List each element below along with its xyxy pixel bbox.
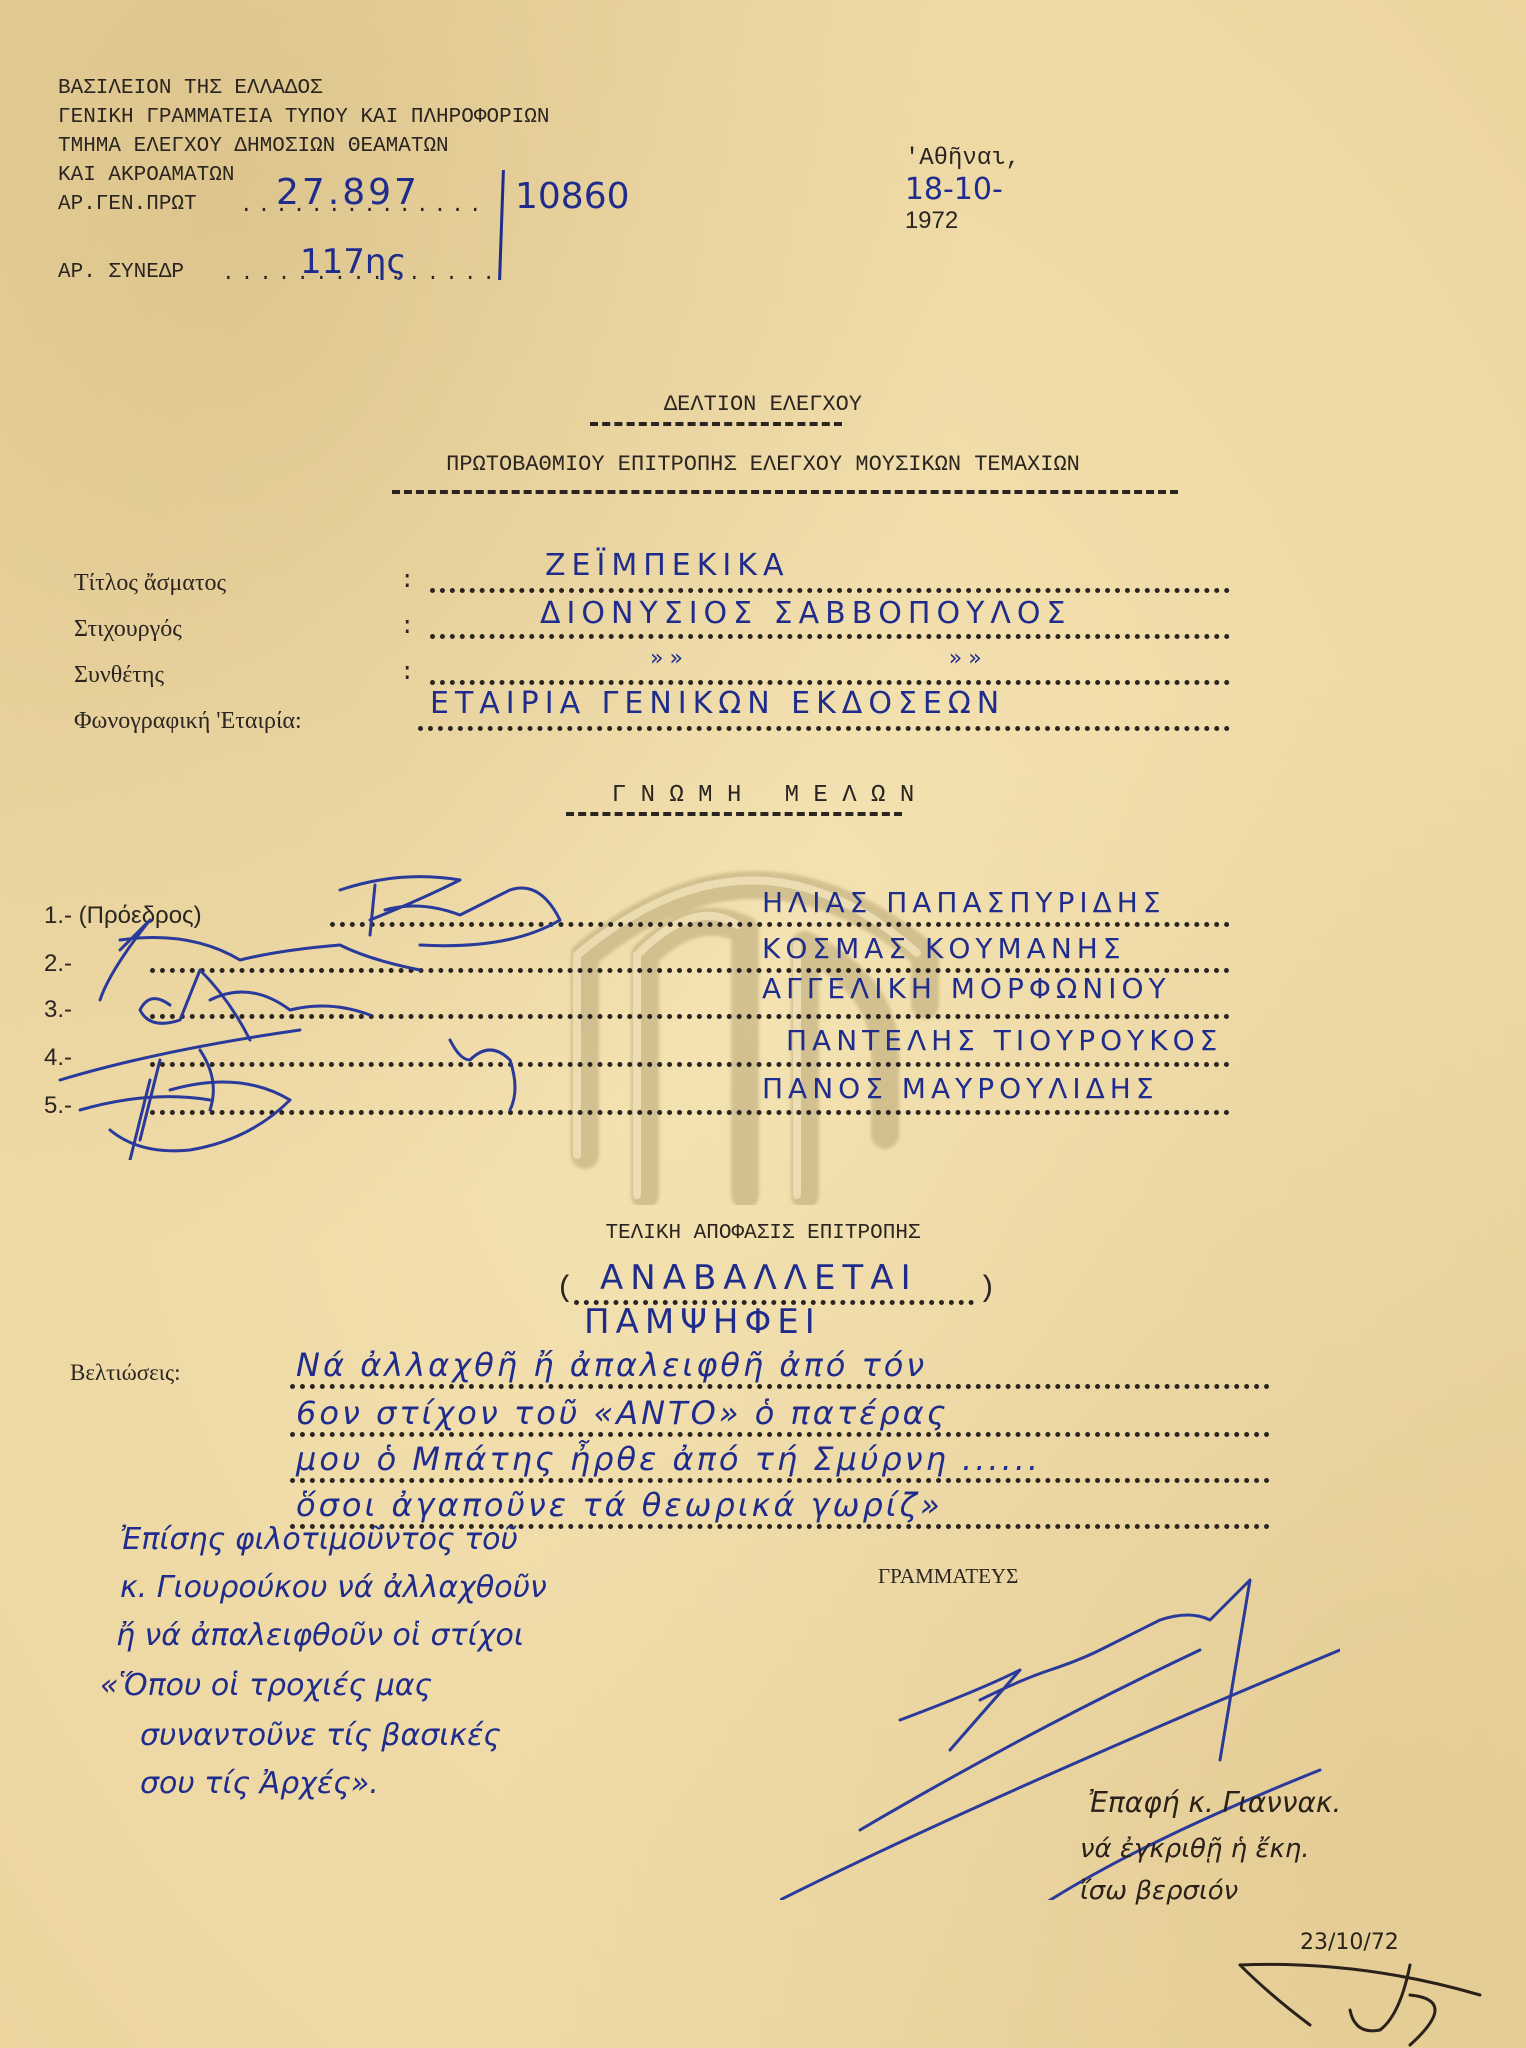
field-label: Συνθέτης bbox=[74, 662, 164, 689]
improvement-line: 6ον στίχον τοῦ «ΑΝΤΟ» ὁ πατέρας bbox=[296, 1394, 949, 1432]
session-label: ΑΡ. ΣΥΝΕΔΡ bbox=[58, 258, 184, 287]
field-value: ΔΙΟΝΥΣΙΟΣ ΣΑΒΒΟΠΟΥΛΟΣ bbox=[540, 596, 1072, 631]
field-dots bbox=[430, 680, 1230, 685]
opinion-heading: Γ Ν Ω Μ Η Μ Ε Λ Ω Ν bbox=[0, 782, 1526, 809]
field-dots bbox=[430, 588, 1230, 593]
document-title: ΔΕΛΤΙΟΝ ΕΛΕΓΧΟΥ bbox=[0, 392, 1526, 417]
member-name: ΗΛΙΑΣ ΠΑΠΑΣΠΥΡΙΔΗΣ bbox=[762, 886, 1166, 919]
field-label: Τίτλος ἄσματος bbox=[74, 570, 226, 597]
annotation-line: νά ἐγκριθῇ ἡ ἔκη. bbox=[1080, 1834, 1310, 1864]
field-value: ΕΤΑΙΡΙΑ ΓΕΝΙΚΩΝ ΕΚΔΟΣΕΩΝ bbox=[430, 686, 1005, 721]
opinion-underline bbox=[566, 812, 902, 816]
date-handwritten: 18-10- bbox=[905, 172, 1003, 207]
protocol-extra-number: 10860 bbox=[515, 176, 630, 217]
decision-heading: ΤΕΛΙΚΗ ΑΠΟΦΑΣΙΣ ΕΠΙΤΡΟΠΗΣ bbox=[0, 1222, 1526, 1245]
subtitle-underline bbox=[392, 490, 1178, 494]
header-line-department-cont: ΚΑΙ ΑΚΡΟΑΜΑΤΩΝ bbox=[58, 161, 234, 190]
protocol-label: ΑΡ.ΓΕΝ.ΠΡΩΤ bbox=[58, 190, 197, 219]
session-number: 117ης bbox=[300, 242, 406, 282]
improvement-line: μου ὁ Μπάτης ἦρθε ἀπό τή Σμύρνη ...... bbox=[296, 1440, 1041, 1478]
field-label: Φωνογραφική 'Εταιρία: bbox=[74, 708, 302, 735]
annotation-line: ἴσω βερσιόν bbox=[1080, 1876, 1238, 1906]
date-year: 1972 bbox=[905, 207, 958, 234]
improvements-dots-2 bbox=[290, 1432, 1270, 1437]
note-line: συναντοῦνε τίς βασικές bbox=[140, 1718, 501, 1753]
improvement-line: Νά ἀλλαχθῆ ἤ ἀπαλειφθῆ ἀπό τόν bbox=[296, 1346, 927, 1384]
decision-unanimity: ΠΑΜΨΗΦΕΙ bbox=[584, 1302, 821, 1342]
note-line: «Ὅπου οἱ τροχιές μας bbox=[100, 1668, 432, 1703]
protocol-number: 27.897 bbox=[276, 172, 420, 213]
member-name: ΑΓΓΕΛΙΚΗ ΜΟΡΦΩΝΙΟΥ bbox=[762, 972, 1171, 1005]
date-row: 'Αθῆναι, 18-10- 1972 bbox=[876, 118, 1020, 236]
improvements-label: Βελτιώσεις: bbox=[70, 1360, 180, 1386]
field-colon: : bbox=[400, 660, 414, 687]
note-line: ἤ νά ἀπαλειφθοῦν οἱ στίχοι bbox=[116, 1618, 524, 1653]
member-signatures bbox=[40, 860, 660, 1160]
field-value: ΖΕΪΜΠΕΚΙΚΑ bbox=[545, 548, 789, 583]
member-name: ΚΟΣΜΑΣ ΚΟΥΜΑΝΗΣ bbox=[762, 932, 1126, 965]
header-line-secretariat: ΓΕΝΙΚΗ ΓΡΑΜΜΑΤΕΙΑ ΤΥΠΟΥ ΚΑΙ ΠΛΗΡΟΦΟΡΙΩΝ bbox=[58, 103, 549, 132]
member-name: ΠΑΝΤΕΛΗΣ ΤΙΟΥΡΟΥΚΟΣ bbox=[786, 1024, 1222, 1057]
title-underline bbox=[590, 422, 842, 426]
field-value: »» »» bbox=[650, 646, 988, 671]
field-dots bbox=[430, 634, 1230, 639]
annotation-signature bbox=[1230, 1955, 1490, 2048]
note-line: σου τίς Ἀρχές». bbox=[140, 1766, 379, 1801]
field-colon: : bbox=[400, 568, 414, 595]
header-line-department: ΤΜΗΜΑ ΕΛΕΓΧΟΥ ΔΗΜΟΣΙΩΝ ΘΕΑΜΑΤΩΝ bbox=[58, 132, 449, 161]
annotation-date: 23/10/72 bbox=[1300, 1930, 1399, 1955]
header-line-kingdom: ΒΑΣΙΛΕΙΟΝ ΤΗΣ ΕΛΛΑΔΟΣ bbox=[58, 74, 323, 103]
document-subtitle: ΠΡΩΤΟΒΑΘΜΙΟΥ ΕΠΙΤΡΟΠΗΣ ΕΛΕΓΧΟΥ ΜΟΥΣΙΚΩΝ … bbox=[0, 452, 1526, 477]
date-prefix: 'Αθῆναι, bbox=[905, 145, 1020, 172]
improvements-dots-1 bbox=[290, 1384, 1270, 1389]
field-dots bbox=[418, 726, 1230, 731]
field-label: Στιχουργός bbox=[74, 616, 182, 643]
field-colon: : bbox=[400, 614, 414, 641]
note-line: κ. Γιουρούκου νά ἀλλαχθοῦν bbox=[120, 1570, 547, 1605]
improvements-dots-3 bbox=[290, 1478, 1270, 1483]
decision-value: ΑΝΑΒΑΛΛΕΤΑΙ bbox=[600, 1258, 918, 1298]
decision-close-paren: ) bbox=[978, 1272, 996, 1306]
note-line: Ἐπίσης φιλοτιμοῦντος τοῦ bbox=[120, 1522, 518, 1557]
member-name: ΠΑΝΟΣ ΜΑΥΡΟΥΛΙΔΗΣ bbox=[762, 1072, 1159, 1105]
annotation-line: Ἐπαφή κ. Γιαννακ. bbox=[1088, 1786, 1341, 1819]
decision-open-paren: ( bbox=[556, 1272, 574, 1306]
